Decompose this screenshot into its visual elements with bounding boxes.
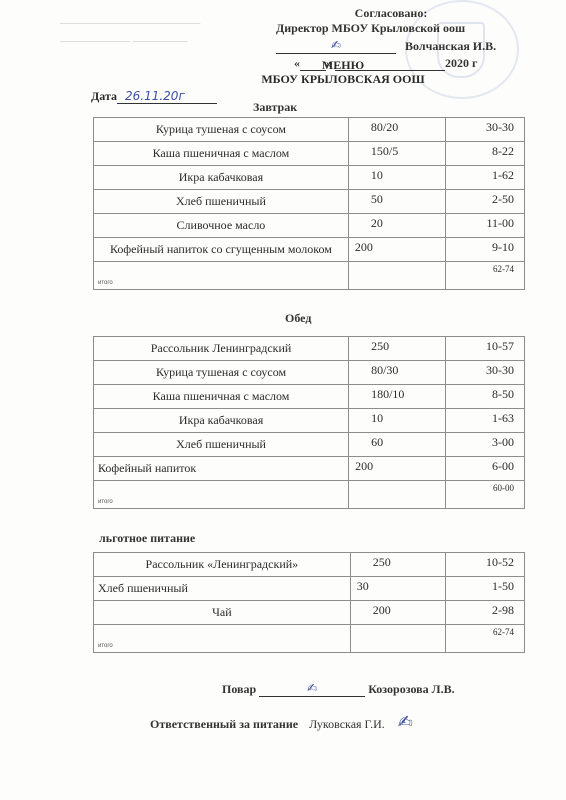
dish-price: 10-57	[446, 337, 525, 361]
dish-weight: 150/5	[348, 142, 445, 166]
dish-weight: 60	[349, 433, 446, 457]
responsible-name: Луковская Г.И.	[309, 717, 385, 731]
table-row: Хлеб пшеничный603-00	[94, 433, 525, 457]
director-signature-line: ✍	[276, 38, 396, 54]
dish-price: 10-52	[446, 553, 525, 577]
dish-price: 1-63	[446, 409, 525, 433]
dish-weight: 10	[349, 409, 446, 433]
table-row: Каша пшеничная с маслом180/108-50	[94, 385, 525, 409]
dish-name: Икра кабачковая	[94, 166, 349, 190]
director-signature: ✍	[331, 38, 341, 52]
section-title-breakfast: Завтрак	[253, 100, 297, 115]
approval-position: Директор МБОУ Крыловской оош	[276, 21, 506, 36]
cook-label: Повар	[222, 682, 256, 696]
responsible-signature: ✍	[398, 712, 413, 733]
menu-heading: МЕНЮ МБОУ КРЫЛОВСКАЯ ООШ	[0, 58, 566, 86]
approval-title: Согласовано:	[276, 6, 506, 21]
menu-document: ────────────────── ───────── ─────── Сог…	[0, 0, 566, 800]
table-row: Сливочное масло2011-00	[94, 214, 525, 238]
table-row: Курица тушеная с соусом80/3030-30	[94, 361, 525, 385]
responsible-label: Ответственный за питание	[150, 717, 298, 731]
dish-weight: 250	[349, 337, 446, 361]
table-row: Кофейный напиток со сгущенным молоком200…	[94, 238, 525, 262]
dish-weight: 30	[350, 577, 445, 601]
total-row: итого60-00	[94, 481, 525, 509]
cook-signature-line: Повар ✍ Козорозова Л.В.	[222, 681, 455, 697]
total-price: 62-74	[446, 625, 525, 653]
dish-name: Курица тушеная с соусом	[94, 118, 349, 142]
dish-name: Хлеб пшеничный	[94, 577, 351, 601]
total-weight	[349, 481, 446, 509]
dish-price: 2-98	[446, 601, 525, 625]
menu-title: МЕНЮ	[0, 58, 566, 72]
dish-price: 1-50	[446, 577, 525, 601]
date-value: 26.11.20г	[117, 89, 217, 104]
dish-price: 9-10	[445, 238, 524, 262]
dish-price: 11-00	[445, 214, 524, 238]
dish-name: Хлеб пшеничный	[94, 433, 349, 457]
dish-price: 1-62	[445, 166, 524, 190]
dish-weight: 200	[348, 238, 445, 262]
total-label: итого	[94, 262, 349, 290]
lunch-table: Рассольник Ленинградский25010-57Курица т…	[93, 336, 525, 509]
dish-name: Курица тушеная с соусом	[94, 361, 349, 385]
table-row: Хлеб пшеничный301-50	[94, 577, 525, 601]
dish-weight: 250	[350, 553, 445, 577]
dish-name: Чай	[94, 601, 351, 625]
table-row: Рассольник «Ленинградский»25010-52	[94, 553, 525, 577]
dish-name: Рассольник «Ленинградский»	[94, 553, 351, 577]
table-row: Каша пшеничная с маслом150/58-22	[94, 142, 525, 166]
dish-weight: 80/30	[349, 361, 446, 385]
cook-name: Козорозова Л.В.	[368, 682, 454, 696]
dish-weight: 180/10	[349, 385, 446, 409]
dish-weight: 10	[348, 166, 445, 190]
total-weight	[348, 262, 445, 290]
dish-price: 8-50	[446, 385, 525, 409]
section-title-lunch: Обед	[285, 311, 311, 326]
dish-price: 2-50	[445, 190, 524, 214]
dish-price: 30-30	[446, 361, 525, 385]
dish-price: 30-30	[445, 118, 524, 142]
show-through-text: ───────── ───────	[60, 36, 187, 48]
dish-name: Кофейный напиток	[94, 457, 349, 481]
responsible-line: Ответственный за питание Луковская Г.И. …	[150, 712, 413, 733]
total-label: итого	[94, 625, 351, 653]
total-weight	[350, 625, 445, 653]
show-through-text: ──────────────────	[60, 18, 200, 30]
dish-weight: 20	[348, 214, 445, 238]
dish-weight: 200	[349, 457, 446, 481]
dish-name: Кофейный напиток со сгущенным молоком	[94, 238, 349, 262]
breakfast-table: Курица тушеная с соусом80/2030-30Каша пш…	[93, 117, 525, 290]
table-row: Хлеб пшеничный502-50	[94, 190, 525, 214]
table-row: Икра кабачковая101-62	[94, 166, 525, 190]
dish-price: 8-22	[445, 142, 524, 166]
dish-weight: 200	[350, 601, 445, 625]
dish-price: 3-00	[446, 433, 525, 457]
total-price: 60-00	[446, 481, 525, 509]
table-row: Чай2002-98	[94, 601, 525, 625]
dish-name: Сливочное масло	[94, 214, 349, 238]
dish-name: Рассольник Ленинградский	[94, 337, 349, 361]
discounted-table: Рассольник «Ленинградский»25010-52Хлеб п…	[93, 552, 525, 653]
total-row: итого62-74	[94, 262, 525, 290]
dish-name: Хлеб пшеничный	[94, 190, 349, 214]
table-row: Кофейный напиток2006-00	[94, 457, 525, 481]
dish-name: Икра кабачковая	[94, 409, 349, 433]
cook-signature-field: ✍	[259, 681, 365, 697]
date-label: Дата	[91, 89, 117, 103]
table-row: Икра кабачковая101-63	[94, 409, 525, 433]
cook-signature: ✍	[307, 681, 317, 695]
date-line: Дата26.11.20г	[91, 89, 217, 104]
total-price: 62-74	[445, 262, 524, 290]
dish-price: 6-00	[446, 457, 525, 481]
director-name: Волчанская И.В.	[405, 39, 496, 53]
table-row: Рассольник Ленинградский25010-57	[94, 337, 525, 361]
dish-name: Каша пшеничная с маслом	[94, 385, 349, 409]
table-row: Курица тушеная с соусом80/2030-30	[94, 118, 525, 142]
total-row: итого62-74	[94, 625, 525, 653]
dish-weight: 80/20	[348, 118, 445, 142]
section-title-discounted: льготное питание	[99, 531, 195, 546]
school-name: МБОУ КРЫЛОВСКАЯ ООШ	[0, 72, 566, 86]
dish-name: Каша пшеничная с маслом	[94, 142, 349, 166]
total-label: итого	[94, 481, 349, 509]
dish-weight: 50	[348, 190, 445, 214]
